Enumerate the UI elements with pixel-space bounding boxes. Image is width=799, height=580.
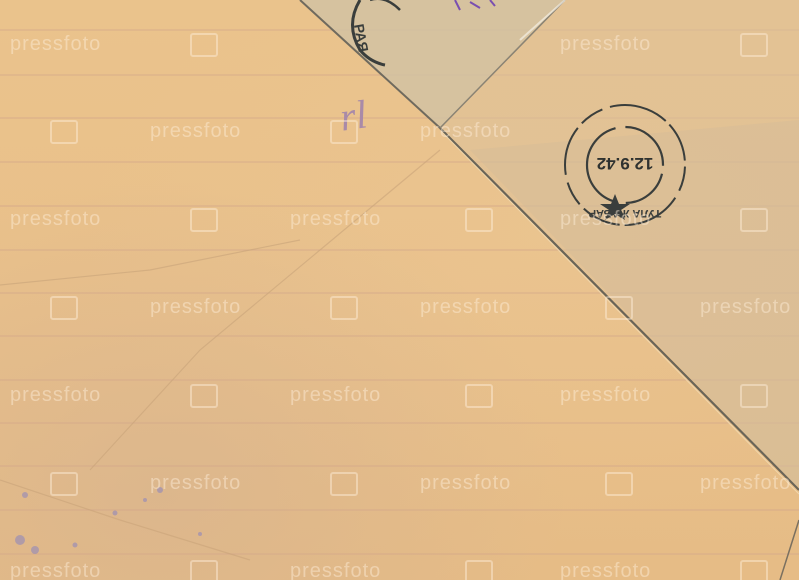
watermark-logo-icon	[330, 296, 358, 320]
watermark-logo-icon	[190, 384, 218, 408]
watermark-logo-icon	[330, 472, 358, 496]
watermark-logo-icon	[465, 560, 493, 580]
watermark-logo-icon	[50, 472, 78, 496]
postmark-top-partial: РАЯ	[330, 0, 530, 70]
watermark-logo-icon	[190, 33, 218, 57]
watermark-logo-icon	[190, 208, 218, 232]
watermark-logo-icon	[465, 208, 493, 232]
envelope-photo: РАЯ 12.9.42 ТУЛА ЖАБАР rl pressfoto pres…	[0, 0, 799, 580]
watermark-logo-icon	[740, 208, 768, 232]
watermark-logo-icon	[740, 560, 768, 580]
watermark-logo-icon	[330, 120, 358, 144]
postmark-right: 12.9.42 ТУЛА ЖАБАР	[555, 98, 695, 233]
watermark-logo-icon	[465, 384, 493, 408]
watermark-logo-icon	[740, 33, 768, 57]
watermark-logo-icon	[605, 296, 633, 320]
paper-creases	[0, 0, 799, 580]
watermark-logo-icon	[605, 472, 633, 496]
watermark-logo-icon	[50, 296, 78, 320]
watermark-logo-icon	[190, 560, 218, 580]
watermark-logo-icon	[50, 120, 78, 144]
postmark-top-text: РАЯ	[351, 23, 372, 54]
postmark-ring-text: ТУЛА ЖАБАР	[589, 207, 662, 219]
watermark-logo-icon	[740, 384, 768, 408]
postmark-date: 12.9.42	[597, 154, 654, 173]
